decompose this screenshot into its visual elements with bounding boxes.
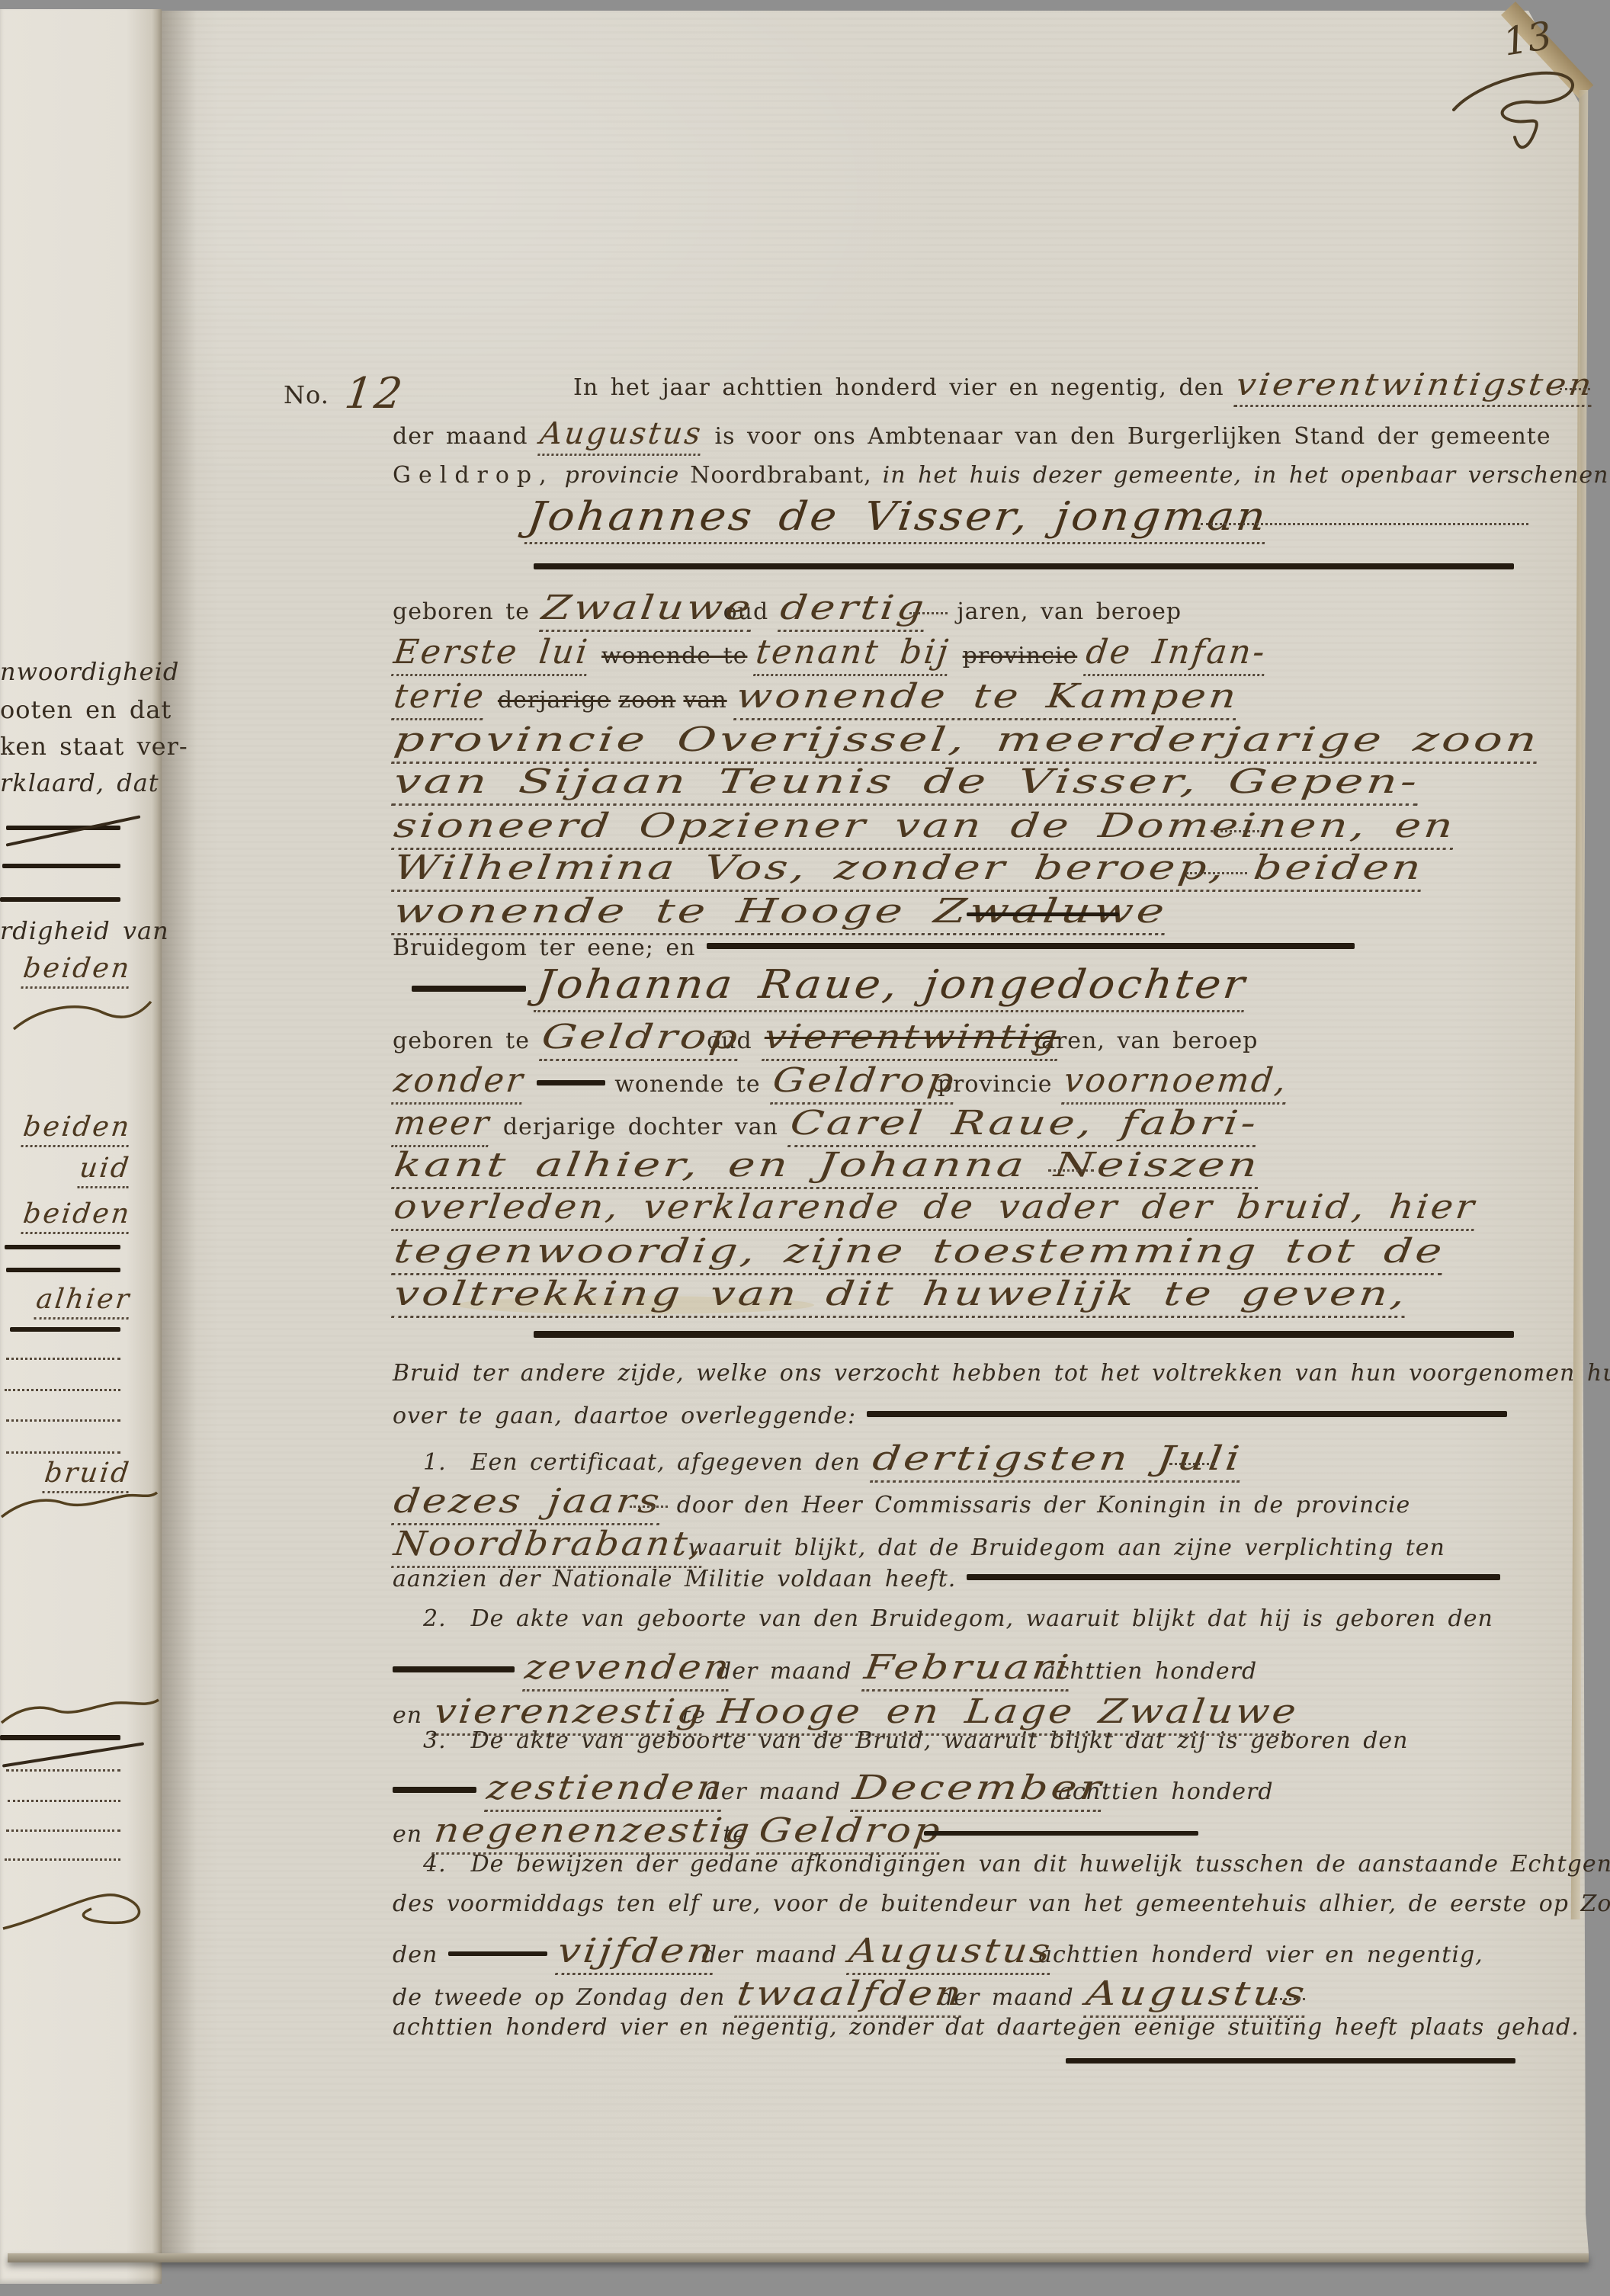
printed-text: den [393,1942,438,1968]
act-line: sioneerd Opziener van de Domeinen, en [393,806,1273,850]
handwritten-text: Geldrop [770,1061,958,1105]
ink-rule [534,1331,1514,1338]
printed-text: rklaard, dat [0,768,159,797]
handwritten-text: beiden [21,953,133,989]
left-page-fragment [0,1854,130,1868]
ink-rule [537,1080,605,1085]
left-page-fragment: ooten en dat [0,695,130,724]
act-line: van Sijaan Teunis de Visser, Gepen- [393,762,1129,806]
ink-rule [707,943,1355,949]
handwriting-flourish [0,1477,160,1531]
act-line: Noordbrabant,waaruit blijkt, dat de Brui… [393,1525,1456,1568]
handwritten-text: provincie Overijssel, meerderjarige zoon [391,720,1542,764]
printed-text-struck: provincie [963,643,1078,669]
handwritten-text: Augustus [1083,1974,1310,2018]
printed-text: over te gaan, daartoe overleggende: [393,1403,856,1429]
left-page-fragment: rklaard, dat [0,768,130,797]
left-page-fragment [0,896,130,911]
act-line: zestiendender maandDecemberachttien hond… [393,1768,1284,1812]
dotted-leader [1211,830,1264,832]
printed-text: achttien honderd vier en negentig, [1038,1942,1483,1968]
dotted-leader [1186,872,1247,874]
ink-rule [1066,2058,1515,2064]
act-line: wonende te Hooge Zwaluwe [393,892,1128,935]
printed-text: is voor ons Ambtenaar van den Burgerlijk… [715,423,1551,450]
dotted-leader [1560,388,1590,390]
handwritten-text: December [850,1768,1106,1812]
act-line: geboren teZwaluweouddertigjaren, van ber… [393,588,1192,632]
handwritten-text: Noordbrabant, [391,1525,706,1568]
left-page-fragment: rdigheid van [0,916,130,945]
handwritten-text: Geldrop [756,1811,945,1855]
printed-text: der maand [705,1778,841,1805]
ink-rule [967,912,1119,916]
printed-text: aanzien der Nationale Militie voldaan he… [393,1566,956,1592]
handwritten-text: Augustus [537,416,704,456]
handwritten-text: uid [78,1153,133,1188]
dotted-leader [5,1389,120,1391]
left-page-fragment: nwoordigheid [0,657,130,686]
handwritten-text: alhier [34,1284,133,1320]
printed-text: der maand [717,1658,852,1685]
dotted-leader [1201,523,1528,525]
ink-rule [448,1951,547,1956]
handwritten-text: terie [391,677,488,720]
printed-text: geboren te [393,1028,530,1054]
handwritten-text: beiden [21,1198,133,1234]
act-line: In het jaar achttien honderd vier en neg… [573,367,1599,407]
act-line: overleden, verklarende de vader der brui… [393,1188,1373,1231]
printed-text: Geldrop, [393,462,554,489]
handwritten-text: negenenzestig [431,1811,754,1855]
printed-text-struck: derjarige [498,687,611,713]
left-page-fragment [0,1795,130,1810]
dotted-leader [6,1358,120,1360]
act-line: Johanna Raue, jongedochter [412,962,1195,1012]
act-line: Bruid ter andere zijde, welke ons verzoc… [393,1360,1610,1387]
printed-text-struck: wonende te [601,643,747,669]
act-line: kant alhier, en Johanna Neiszen [393,1146,1103,1189]
handwritten-text: zevenden [522,1648,733,1692]
printed-text: 2. De akte van geboorte van den Bruidego… [423,1605,1493,1632]
handwritten-text: zestienden [484,1768,726,1812]
printed-text: en [393,1821,422,1848]
act-line: 2. De akte van geboorte van den Bruidego… [423,1605,1504,1632]
printed-text: Bruid ter andere zijde, welke ons verzoc… [393,1360,1610,1387]
act-line: tegenwoordig, zijne toestemming tot de [393,1232,1202,1275]
handwritten-text: Eerste lui [391,633,592,676]
act-line: provincie Overijssel, meerderjarige zoon [393,720,1213,764]
handwritten-text: dertig [778,588,928,632]
printed-text: en [393,1702,422,1729]
ink-rule [5,1245,120,1249]
printed-text: jaren, van beroep [957,598,1182,625]
ink-rule [6,1268,120,1272]
dotted-leader [1275,1998,1305,2000]
ink-rule [534,563,1514,569]
printed-text: 3. De akte van geboorte van de Bruid, wa… [423,1727,1408,1754]
printed-text: derjarige dochter van [503,1114,778,1140]
ink-rule [393,1666,515,1672]
handwritten-text: Zwaluwe [539,588,755,632]
act-line: teriederjarigezoonvanwonende te Kampen [393,677,1150,720]
printed-text: ooten en dat [0,695,172,724]
dotted-leader [909,612,948,614]
act-line: denvijfdender maandAugustusachttien hond… [393,1932,1494,1975]
handwritten-text: van Sijaan Teunis de Visser, Gepen- [391,762,1422,806]
act-line: Eerste luiwonende tetenant bijprovincied… [393,633,1279,676]
handwriting-flourish [0,1682,160,1736]
printed-text: nwoordigheid [0,657,179,686]
act-line: meerderjarige dochter vanCarel Raue, fab… [393,1104,1163,1147]
ink-rule [967,1574,1500,1580]
handwritten-text: vierentwintigsten [1233,367,1596,407]
act-line: 1. Een certificaat, afgegeven dendertigs… [423,1439,1224,1483]
act-line: dezes jaarsdoor den Heer Commissaris der… [393,1482,1421,1525]
act-line: der maandAugustusis voor ons Ambtenaar v… [393,416,1562,456]
left-page-fragment [0,1384,130,1399]
handwritten-text: Johanna Raue, jongedochter [534,962,1249,1012]
handwriting-flourish [11,991,156,1044]
handwritten-text: Wilhelmina Vos, zonder beroep, beiden [391,848,1426,892]
left-page-fragment [0,1267,130,1281]
left-page-fragment: alhier [0,1284,130,1320]
ink-rule [867,1411,1507,1417]
scanned-register-spread: { "meta": { "page_number": "13", "act_no… [0,0,1610,2296]
printed-text: geboren te [393,598,530,625]
ink-rule [412,986,526,992]
page-bottom-edge [8,2253,1589,2262]
handwritten-text-struck: vierentwintig [762,1018,1063,1061]
act-line: Bruidegom ter eene; en [393,935,1364,961]
act-line [1066,2058,1525,2073]
act-line: over te gaan, daartoe overleggende: [393,1403,1516,1429]
act-line: zonderwonende teGeldropprovincievoornoem… [393,1061,1301,1105]
printed-text: waaruit blijkt, dat de Bruidegom aan zij… [688,1534,1445,1561]
left-page-fragment: ken staat ver- [0,732,130,761]
handwritten-text: Geldrop [539,1018,742,1061]
dotted-leader [630,1506,668,1508]
handwritten-text: de Infan- [1083,633,1269,676]
printed-text: de tweede op Zondag den [393,1984,725,2011]
act-number: No. 12 [284,364,416,414]
printed-text: jaren, van beroep [1034,1028,1259,1054]
ink-rule [2,864,120,868]
handwritten-text: dezes jaars [391,1482,664,1525]
handwritten-text: Carel Raue, fabri- [787,1104,1261,1147]
handwritten-text: tegenwoordig, zijne toestemming tot de [391,1232,1447,1275]
printed-text: des voormiddags ten elf ure, voor de bui… [393,1890,1610,1917]
printed-text: ken staat ver- [0,732,188,761]
left-page-fragment: beiden [0,1198,130,1234]
act-line [534,1332,1523,1347]
printed-text: achttien honderd vier en negentig, zonde… [393,2014,1580,2041]
act-line [534,564,1523,579]
paraph-flourish [1445,44,1589,159]
act-line: aanzien der Nationale Militie voldaan he… [393,1566,1509,1592]
ink-rule [6,826,120,830]
dotted-leader [5,1858,120,1861]
handwritten-text: kant alhier, en Johanna Neiszen [391,1146,1262,1189]
handwritten-text: sioneerd Opziener van de Domeinen, en [391,806,1458,850]
dotted-leader [6,1829,120,1832]
handwritten-text: beiden [21,1111,133,1147]
act-line: 4. De bewijzen der gedane afkondigingen … [423,1851,1610,1878]
left-page-fragment [0,1244,130,1259]
left-page-fragment [0,1765,130,1779]
handwritten-text: wonende te Kampen [733,677,1241,720]
act-line: Geldrop,provincieNoordbrabant,in het hui… [393,462,1610,489]
left-page-fragment [0,863,130,877]
ink-rule [924,1831,1198,1836]
printed-text: der maand [702,1942,838,1968]
handwritten-text: dertigsten Juli [870,1439,1245,1483]
left-page-fragment: beiden [0,1111,130,1147]
printed-text: der maand [393,423,528,450]
handwritten-text: Johannes de Visser, jongman [524,494,1271,544]
dotted-leader [6,1451,120,1454]
left-page-fragment [0,1326,130,1341]
printed-text: 4. De bewijzen der gedane afkondigingen … [423,1851,1610,1878]
handwritten-text: Augustus [846,1932,1055,1975]
printed-text: Bruidegom ter eene; en [393,935,696,961]
act-number-value: 12 [342,369,407,418]
handwritten-text: zonder [391,1061,527,1105]
printed-text: 1. Een certificaat, afgegeven den [423,1449,861,1476]
dotted-leader [1169,1463,1215,1465]
act-line: achttien honderd vier en negentig, zonde… [393,2014,1590,2041]
act-line: Johannes de Visser, jongman [526,494,1538,544]
handwriting-flourish [0,1869,175,1953]
handwritten-text: voltrekking van dit huwelijk te geven, [391,1275,1410,1318]
act-line: 3. De akte van geboorte van de Bruid, wa… [423,1727,1419,1754]
act-number-label: No. [284,380,329,409]
act-line: des voormiddags ten elf ure, voor de bui… [393,1890,1610,1917]
act-line: geboren teGeldropoudvierentwintigjaren, … [393,1018,1268,1061]
act-line: zevendender maandFebruariachttien honder… [393,1648,1268,1692]
ink-rule [0,897,120,902]
ink-rule [10,1327,120,1332]
left-page-fragment [0,1353,130,1368]
act-line: ennegenenzestigteGeldrop [393,1811,1207,1855]
handwritten-text: overleden, verklarende de vader der brui… [391,1188,1479,1231]
ink-rule [393,1787,476,1793]
handwritten-text: meer [391,1104,493,1147]
printed-text: provincie [565,462,680,489]
dotted-leader [6,1769,120,1772]
act-line: voltrekking van dit huwelijk te geven, [393,1275,1174,1318]
printed-text: door den Heer Commissaris der Koningin i… [677,1492,1411,1518]
printed-text: In het jaar achttien honderd vier en neg… [573,374,1224,401]
dotted-leader [8,1800,120,1802]
printed-text-struck: zoon [618,687,675,713]
printed-text-struck: van [684,687,727,713]
printed-text: in het huis dezer gemeente, in het openb… [883,462,1609,489]
handwritten-text: vijfden [555,1932,718,1975]
handwritten-text: twaalfden [734,1974,966,2018]
act-line: de tweede op Zondag dentwaalfdender maan… [393,1974,1314,2018]
left-page-fragment [0,1825,130,1839]
left-page-fragment [0,1415,130,1429]
handwritten-text: Februari [861,1648,1073,1692]
dotted-leader [1048,1169,1094,1172]
printed-text: rdigheid van [0,916,169,945]
act-line: Wilhelmina Vos, zonder beroep, beiden [393,848,1256,892]
printed-text: achttien honderd [1042,1658,1258,1685]
dotted-leader [6,1419,120,1422]
left-page-fragment: beiden [0,953,130,989]
printed-text: Noordbrabant, [690,462,871,489]
left-page-fragment: uid [0,1153,130,1188]
handwritten-text: tenant bij [753,633,952,676]
handwritten-text: voornoemd, [1061,1061,1291,1105]
printed-text: wonende te [614,1071,760,1098]
